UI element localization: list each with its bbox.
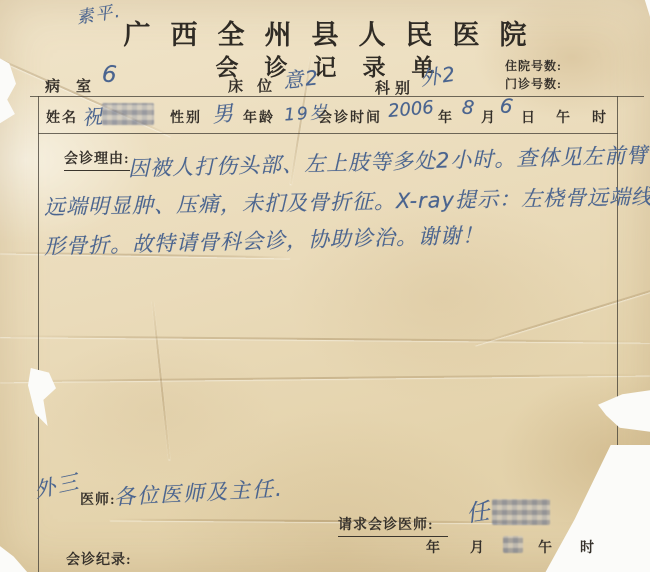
noon-unit: 午 [556, 107, 570, 127]
redacted-day-blur [503, 536, 523, 553]
request-doctor-label: 请求会诊医师: [338, 514, 448, 537]
table-border-mid [38, 133, 618, 134]
inpatient-number-label: 住院号数: [505, 57, 562, 74]
month-unit: 月 [481, 107, 495, 127]
dept-label: 科别 [375, 77, 415, 98]
redacted-name-blur [102, 103, 154, 125]
redacted-signature-blur [492, 499, 550, 525]
hospital-name: 广西全州县人民医院 [0, 13, 650, 52]
footer-month-unit: 月 [470, 537, 484, 557]
bed-value-handwritten: 意2 [282, 61, 322, 94]
day-unit: 日 [521, 107, 535, 127]
outpatient-number-label: 门诊号数: [505, 75, 562, 92]
reason-label: 会诊理由: [64, 148, 130, 171]
gender-label: 性别 [170, 107, 202, 127]
footer-year-unit: 年 [426, 537, 440, 557]
doctor-label: 医师: [80, 489, 116, 509]
ward-value-handwritten: 6 [101, 61, 119, 88]
name-label: 姓名 [46, 107, 78, 127]
gender-value-handwritten: 男 [210, 97, 236, 129]
month-value-handwritten: 8 [461, 96, 477, 119]
year-unit: 年 [438, 107, 452, 127]
record-label: 会诊纪录: [66, 549, 132, 569]
hour-unit: 时 [592, 107, 606, 127]
dept-value-handwritten: 外2 [418, 58, 458, 92]
footer-hour-unit: 时 [580, 537, 594, 557]
signature-handwritten-visible: 任 [464, 492, 493, 528]
year-value-handwritten: 2006 [387, 97, 434, 122]
scanned-consultation-form: 素平. 广西全州县人民医院 会诊记录单 病室 6 床位 意2 科别 外2 住院号… [0, 0, 650, 572]
consult-time-label: 会诊时间 [318, 107, 382, 127]
ward-label: 病室 [45, 75, 107, 96]
age-label: 年龄 [243, 107, 275, 127]
bed-label: 床位 [228, 75, 286, 96]
footer-noon-unit: 午 [538, 537, 552, 557]
table-border-top [30, 96, 644, 97]
